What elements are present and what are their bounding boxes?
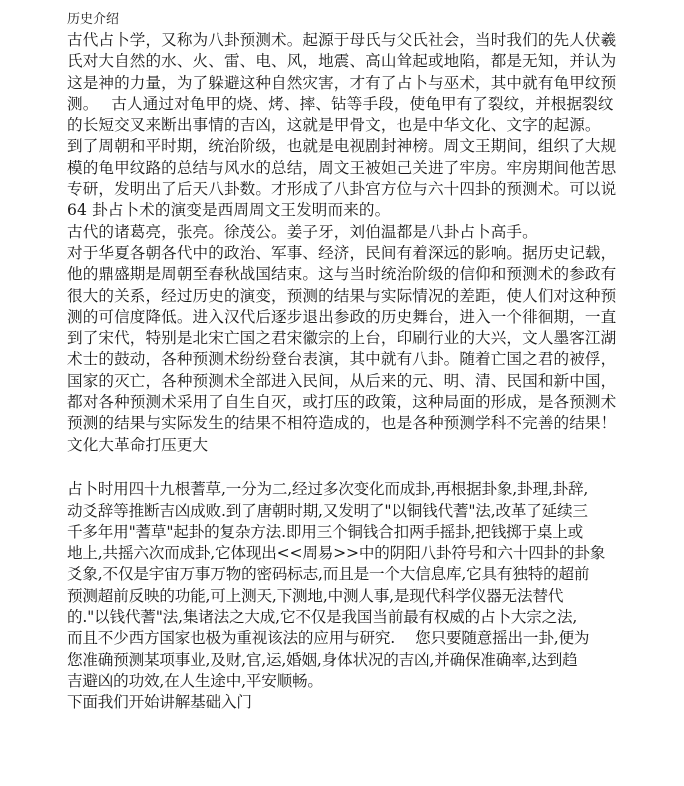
text-line: 占卜时用四十九根蓍草,一分为二,经过多次变化而成卦,再根据卦象,卦理,卦辞, [67,479,627,500]
text-line: 都对各种预测术采用了自生自灭，或打压的政策，这种局面的形成，是各预测术 [67,392,627,413]
text-line: 他的鼎盛期是周朝至春秋战国结束。这与当时统治阶级的信仰和预测术的参政有 [67,264,627,285]
text-line: 而且不少西方国家也极为重视该法的应用与研究. 您只要随意摇出一卦,便为 [67,628,627,649]
text-line: 这是神的力量，为了躲避这种自然灾害，才有了占卜与巫术，其中就有龟甲纹预 [67,73,627,94]
text-line: 对于华夏各朝各代中的政治、军事、经济，民间有着深远的影响。据历史记载， [67,243,627,264]
text-line: 测的可信度降低。进入汉代后逐步退出参政的历史舞台，进入一个徘徊期，一直 [67,307,627,328]
text-line: 地上,共摇六次而成卦,它体现出<<周易>>中的阴阳八卦符号和六十四卦的卦象 [67,543,627,564]
text-line: 文化大革命打压更大 [67,435,627,456]
text-line: 古代占卜学，又称为八卦预测术。起源于母氏与父氏社会，当时我们的先人伏羲 [67,30,627,51]
text-line: 的长短交叉来断出事情的吉凶，这就是甲骨文，也是中华文化、文字的起源。 [67,115,627,136]
text-line: 到了宋代，特别是北宋亡国之君宋徽宗的上台，印刷行业的大兴，文人墨客江湖 [67,328,627,349]
text-line: 下面我们开始讲解基础入门 [67,692,627,713]
text-line: 古代的诸葛亮，张亮。徐茂公。姜子牙，刘伯温都是八卦占卜高手。 [67,222,627,243]
text-line: 64 卦占卜术的演变是西周周文王发明而来的。 [67,200,627,221]
text-line: 动爻辞等推断吉凶成败.到了唐朝时期,又发明了"以铜钱代蓍"法,改革了延续三 [67,501,627,522]
text-line: 国家的灭亡，各种预测术全部进入民间，从后来的元、明、清、民国和新中国， [67,371,627,392]
text-line: 预测超前反映的功能,可上测天,下测地,中测人事,是现代科学仪器无法替代 [67,586,627,607]
document-page: 历史介绍 古代占卜学，又称为八卦预测术。起源于母氏与父氏社会，当时我们的先人伏羲… [67,10,627,714]
divination-method-section: 占卜时用四十九根蓍草,一分为二,经过多次变化而成卦,再根据卦象,卦理,卦辞, 动… [67,479,627,713]
text-line: 测。 古人通过对龟甲的烧、烤、摔、钻等手段，使龟甲有了裂纹，并根据裂纹 [67,94,627,115]
text-line: 氏对大自然的水、火、雷、电、风，地震、高山耸起或地陷，都是无知，并认为 [67,51,627,72]
text-line: 很大的关系，经过历史的演变，预测的结果与实际情况的差距，使人们对这种预 [67,286,627,307]
text-line: 千多年用"蓍草"起卦的复杂方法.即用三个铜钱合扣两手摇卦,把钱掷于桌上或 [67,522,627,543]
history-section: 古代占卜学，又称为八卦预测术。起源于母氏与父氏社会，当时我们的先人伏羲 氏对大自… [67,30,627,456]
text-line: 模的龟甲纹路的总结与风水的总结，周文王被妲己关进了牢房。牢房期间他苦思 [67,158,627,179]
document-title: 历史介绍 [67,10,627,30]
text-line: 的."以钱代蓍"法,集诸法之大成,它不仅是我国当前最有权威的占卜大宗之法, [67,607,627,628]
text-line: 专研，发明出了后天八卦数。才形成了八卦宫方位与六十四卦的预测术。可以说 [67,179,627,200]
text-line: 到了周朝和平时期，统治阶级，也就是电视剧封神榜。周文王期间，组织了大规 [67,136,627,157]
text-line: 预测的结果与实际发生的结果不相符造成的，也是各种预测学科不完善的结果！ [67,413,627,434]
text-line: 吉避凶的功效,在人生途中,平安顺畅。 [67,671,627,692]
paragraph-spacer [67,456,627,477]
text-line: 爻象,不仅是宇宙万事万物的密码标志,而且是一个大信息库,它具有独特的超前 [67,564,627,585]
text-line: 术士的鼓动，各种预测术纷纷登台表演，其中就有八卦。随着亡国之君的被俘， [67,349,627,370]
text-line: 您准确预测某项事业,及财,官,运,婚姻,身体状况的吉凶,并确保准确率,达到趋 [67,650,627,671]
